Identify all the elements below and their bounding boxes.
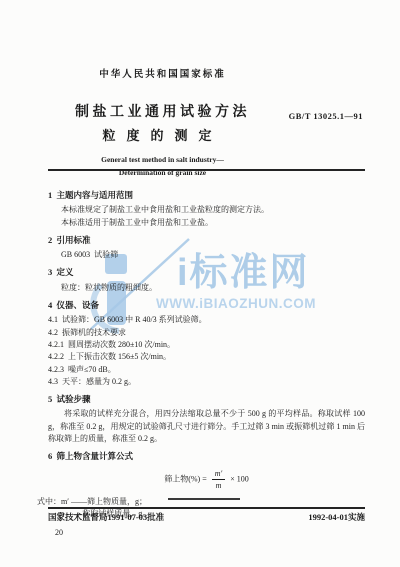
clause-4-2-2: 4.2.2 上下振击次数 156±5 次/min。 — [48, 351, 365, 363]
page-number: 20 — [55, 528, 63, 537]
section-1-heading: 1 主题内容与适用范围 — [48, 189, 365, 201]
section-3-heading: 3 定义 — [48, 266, 365, 278]
formula-denominator: m — [212, 480, 226, 490]
clause-4-2-3: 4.2.3 噪声≤70 dB。 — [48, 364, 365, 376]
section-4-heading: 4 仪器、设备 — [48, 299, 365, 311]
section-5-heading: 5 试验步骤 — [48, 393, 365, 405]
implementation-date: 1992-04-01实施 — [308, 511, 365, 523]
document-title-line1: 制盐工业通用试验方法 — [45, 101, 280, 121]
section-1-paragraph-1: 本标准规定了制盐工业中食用盐和工业盐粒度的测定方法。 — [48, 204, 365, 216]
formula-lhs: 筛上物(%) = — [164, 474, 207, 483]
document-body: 1 主题内容与适用范围 本标准规定了制盐工业中食用盐和工业盐粒度的测定方法。 本… — [48, 184, 365, 520]
formula-fraction: m′m — [212, 469, 226, 490]
section-5-procedure: 将采取的试样充分混合，用四分法缩取总量不少于 500 g 的平均样品。称取试样 … — [48, 408, 365, 445]
document-header: 中华人民共和国国家标准 制盐工业通用试验方法 粒度的测定 General tes… — [45, 66, 280, 177]
clause-4-2: 4.2 振筛机的技术要求 — [48, 327, 365, 339]
footer-divider — [48, 507, 365, 509]
sieve-residue-formula: 筛上物(%) = m′m × 100 — [48, 469, 365, 491]
footer-short-divider — [168, 498, 240, 500]
formula-numerator: m′ — [212, 469, 226, 480]
document-title-line2: 粒度的测定 — [45, 125, 280, 144]
section-6-heading: 6 筛上物含量计算公式 — [48, 450, 365, 462]
formula-rhs: × 100 — [230, 474, 249, 483]
national-standard-label: 中华人民共和国国家标准 — [45, 66, 280, 80]
section-3-definition: 粒度：粒状物质的粗细度。 — [48, 282, 365, 294]
document-page: i标准网 WWW.iBIAOZHUN.COM 中华人民共和国国家标准 制盐工业通… — [0, 0, 400, 567]
english-title-line1: General test method in salt industry— — [45, 155, 280, 164]
section-1-paragraph-2: 本标准适用于制盐工业中食用盐和工业盐。 — [48, 217, 365, 229]
clause-4-1: 4.1 试验筛：GB 6003 中 R 40/3 系列试验筛。 — [48, 314, 365, 326]
clause-4-2-1: 4.2.1 圆周摆动次数 280±10 次/min。 — [48, 339, 365, 351]
clause-4-3: 4.3 天平：感量为 0.2 g。 — [48, 376, 365, 388]
approval-date: 国家技术监督局1991-07-03批准 — [48, 511, 164, 523]
section-2-reference: GB 6003 试验筛 — [48, 249, 365, 261]
standard-code: GB/T 13025.1—91 — [289, 111, 363, 121]
header-divider — [48, 169, 365, 171]
section-2-heading: 2 引用标准 — [48, 234, 365, 246]
